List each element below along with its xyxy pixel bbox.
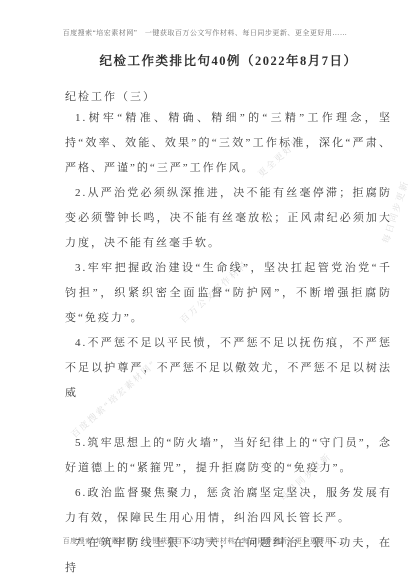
page-header-note: 百度搜索“培宏素材网” 一键获取百万公文写作材料、每日同步更新、更全更好用…… (0, 28, 410, 38)
document-body: 1.树牢“精准、精确、精细”的“三精”工作理念，坚持“效率、效能、效果”的“三效… (65, 106, 392, 580)
paragraph-3: 3.牢牢把握政治建设“生命线”，坚决扛起管党治党“千钧担”，织紧织密全面监督“防… (65, 256, 392, 331)
paragraph-5: 5.筑牢思想上的“防火墙”，当好纪律上的“守门员”，念好道德上的“紧箍咒”，提升… (65, 431, 392, 481)
paragraph-6: 6.政治监督聚焦聚力，惩贪治腐坚定坚决，服务发展有力有效，保障民生用心用情，纠治… (65, 481, 392, 531)
document-page: 百度搜索“培宏素材网” 一键获取百万公文写作材料、每日同步更新、更全更好用…… … (0, 0, 410, 580)
section-heading: 纪检工作（三） (65, 88, 156, 104)
paragraph-1: 1.树牢“精准、精确、精细”的“三精”工作理念，坚持“效率、效能、效果”的“三效… (65, 106, 392, 181)
paragraph-4: 4.不严惩不足以平民愤，不严惩不足以抚伤痕，不严惩不足以护尊严，不严惩不足以儆效… (65, 331, 392, 406)
document-title: 纪检工作类排比句40例（2022年8月7日） (65, 51, 392, 69)
paragraph-2: 2.从严治党必须纵深推进，决不能有丝毫停滞；拒腐防变必须警钟长鸣，决不能有丝毫放… (65, 181, 392, 256)
paragraph-spacer (65, 406, 392, 431)
page-footer-note: 百度搜索“培宏素材网” 一键获取百万公文写作材料、每日同步更新、更全更好用…… (0, 536, 410, 546)
